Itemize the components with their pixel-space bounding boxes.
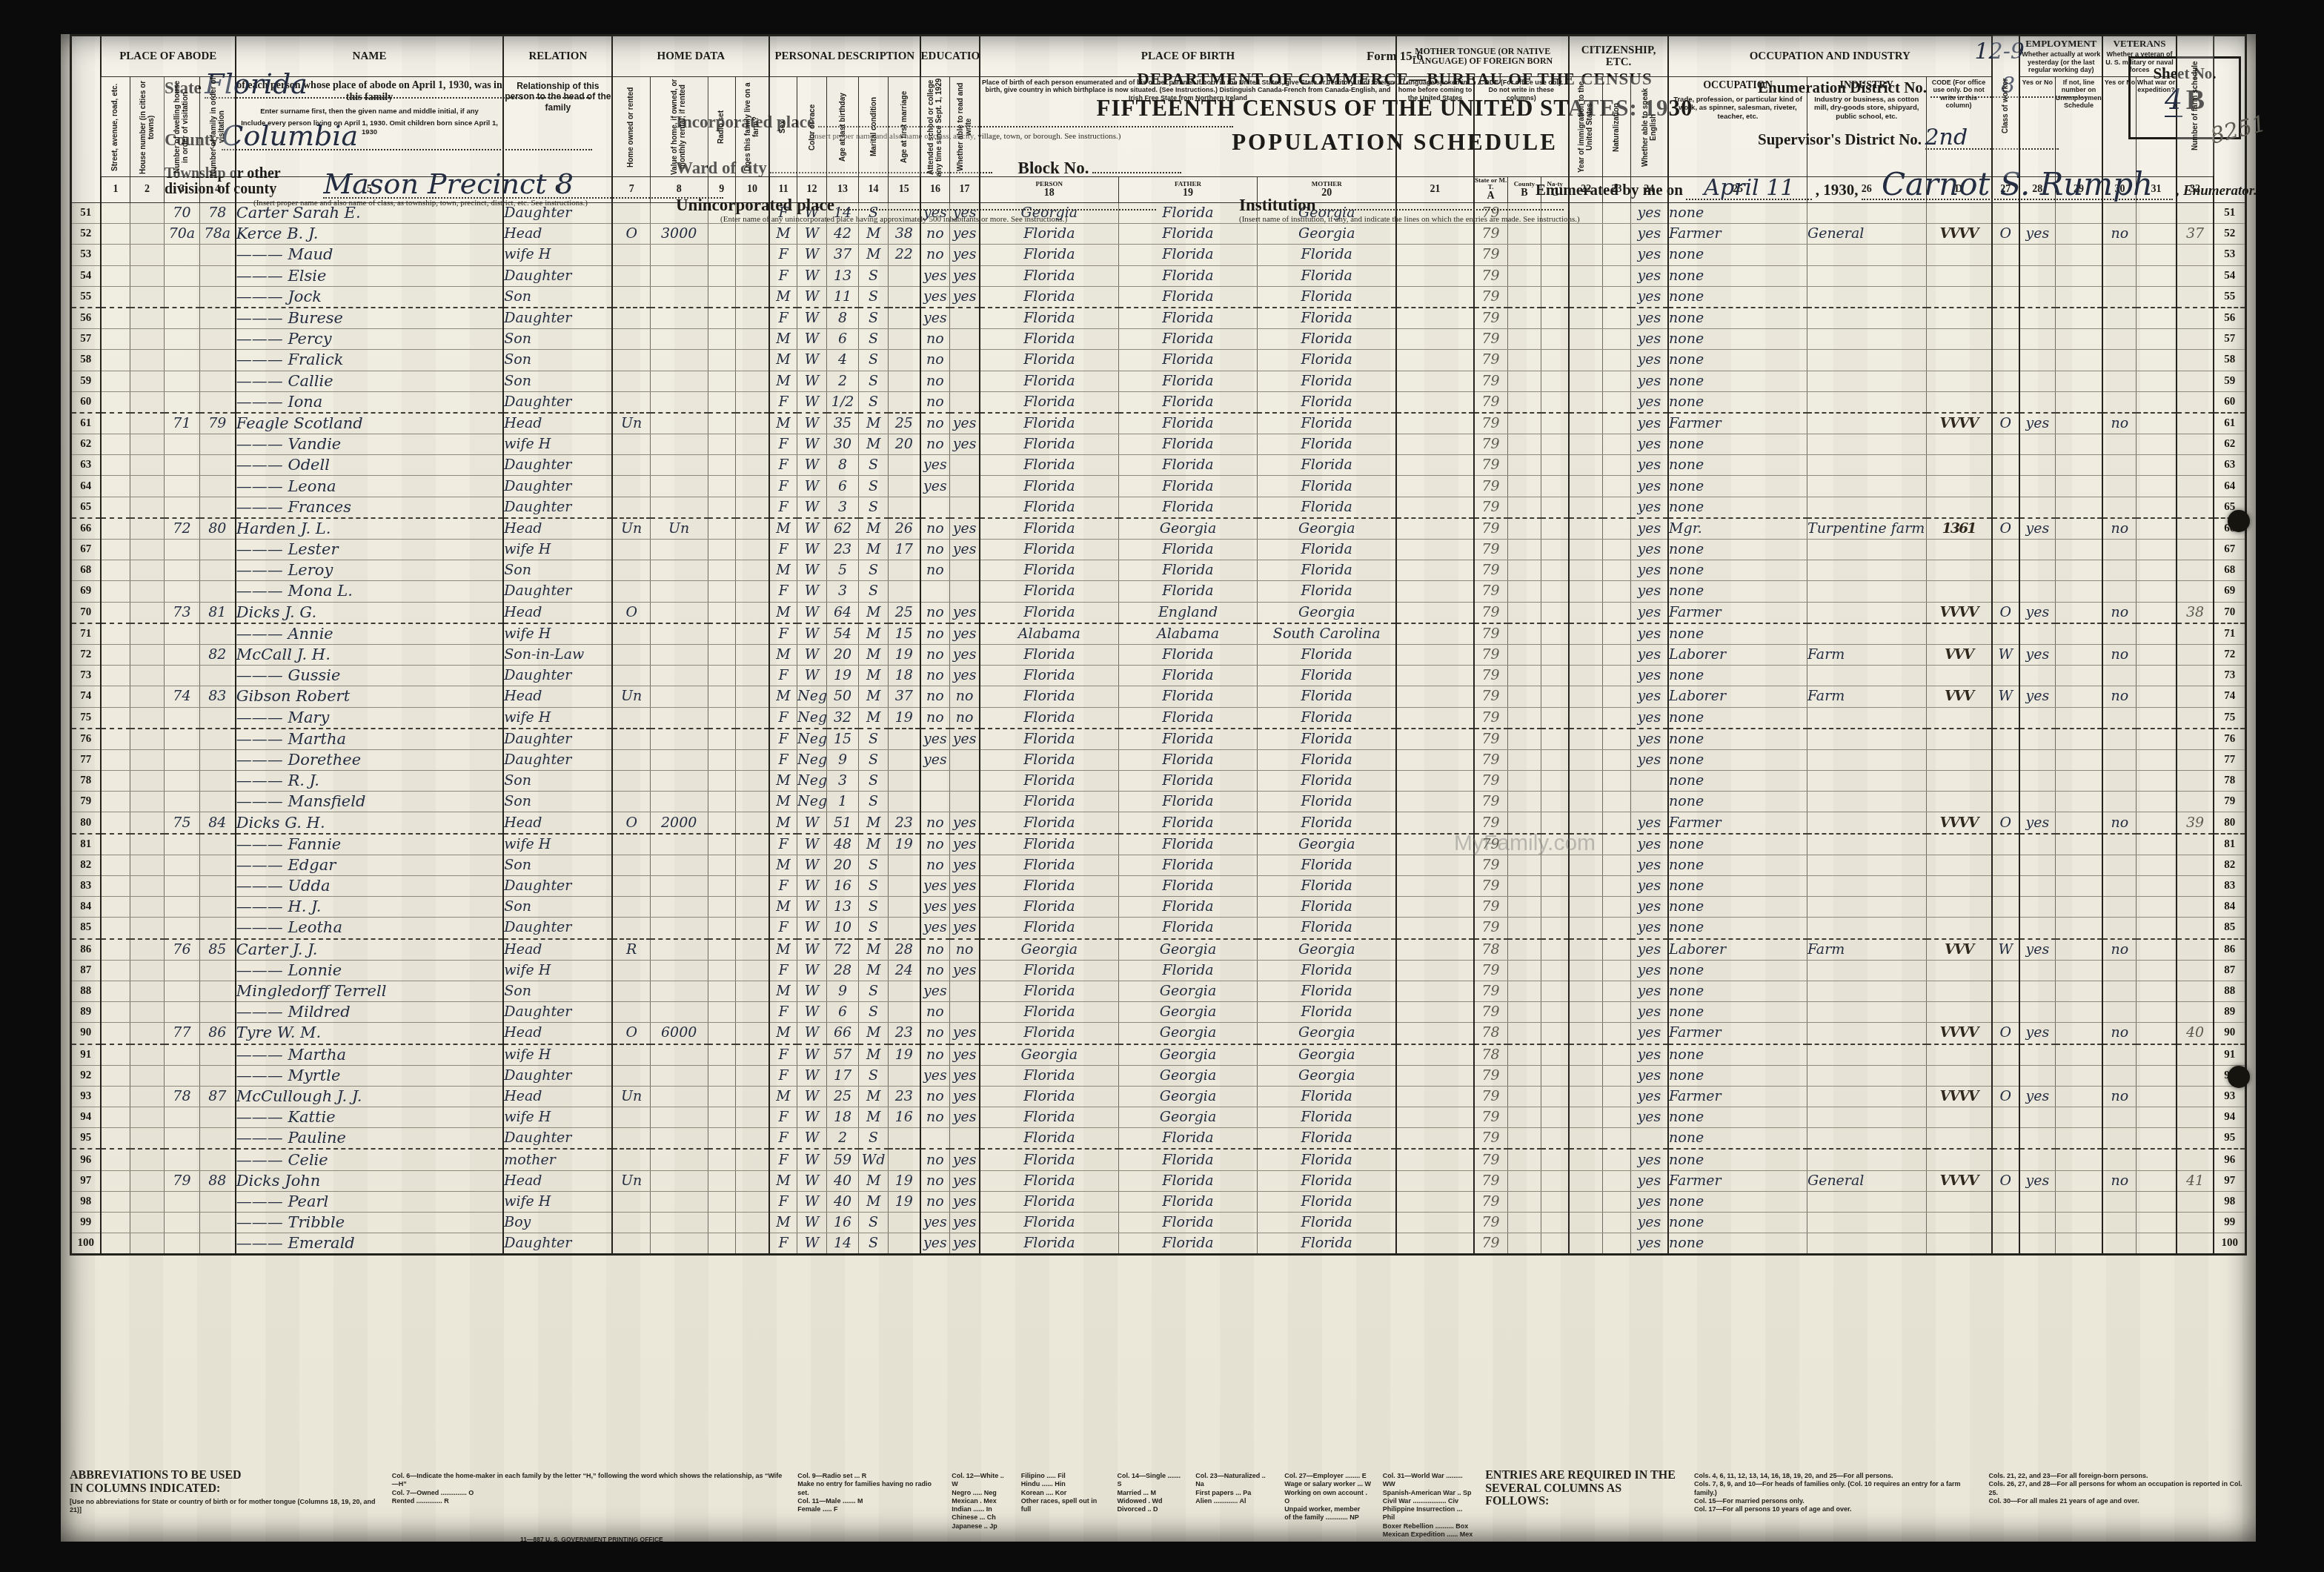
- cell-cB: [1507, 981, 1541, 1001]
- cell-rel: Daughter: [503, 749, 612, 770]
- cell-cC: [1541, 581, 1570, 602]
- cell-bf: Florida: [1118, 1233, 1257, 1255]
- cell-own: [612, 434, 650, 455]
- cell-lnL: 69: [71, 581, 101, 602]
- cell-lnR: 57: [2214, 329, 2245, 350]
- cell-ind: [1807, 434, 1926, 455]
- cell-cls: [1992, 666, 2019, 686]
- cell-street: [101, 623, 130, 645]
- person-row: 60——— IonaDaughterFW1/2SnoFloridaFlorida…: [71, 391, 2246, 413]
- cell-w29: [2055, 812, 2102, 834]
- cell-ind: [1807, 918, 1926, 939]
- cell-lang: [1396, 455, 1473, 476]
- cell-race: W: [797, 497, 827, 518]
- cell-house: [130, 455, 165, 476]
- cell-codeD: VVVV: [1926, 413, 1991, 434]
- enumerator-suffix: , Enumerator.: [2176, 183, 2257, 199]
- cell-cB: [1507, 1002, 1541, 1023]
- cell-w28: [2019, 876, 2055, 897]
- cell-family: [200, 540, 236, 560]
- cell-bp: Florida: [980, 855, 1118, 875]
- cell-ind: [1807, 812, 1926, 834]
- cell-radio: [708, 1044, 735, 1066]
- cell-codeD: [1926, 540, 1991, 560]
- cell-cA: 79: [1474, 455, 1508, 476]
- cell-lnL: 89: [71, 1002, 101, 1023]
- cell-race: Neg: [797, 771, 827, 792]
- cell-occ: none: [1668, 1065, 1807, 1086]
- cell-imm: [1569, 981, 1603, 1001]
- cell-bm: Florida: [1258, 476, 1396, 497]
- cell-v31: [2137, 560, 2177, 581]
- cell-age: 8: [827, 308, 859, 329]
- cell-nat: [1603, 1191, 1630, 1212]
- cell-cls: [1992, 960, 2019, 981]
- cell-occ: Laborer: [1668, 939, 1807, 961]
- cell-cC: [1541, 540, 1570, 560]
- cell-sex: M: [769, 1170, 797, 1191]
- cell-nat: [1603, 666, 1630, 686]
- cell-nat: [1603, 560, 1630, 581]
- cell-bf: Florida: [1118, 897, 1257, 918]
- cell-rel: Daughter: [503, 497, 612, 518]
- cell-farm: [735, 771, 769, 792]
- cell-bm: Florida: [1258, 581, 1396, 602]
- cell-occ: none: [1668, 834, 1807, 855]
- cell-rel: wife H: [503, 960, 612, 981]
- cell-race: W: [797, 308, 827, 329]
- cell-eng: yes: [1630, 834, 1668, 855]
- cell-codeD: [1926, 1002, 1991, 1023]
- cell-sch: yes: [920, 981, 950, 1001]
- cell-mar: S: [859, 749, 889, 770]
- cell-dwell: 79: [164, 1170, 199, 1191]
- cell-occ: Farmer: [1668, 812, 1807, 834]
- cell-cC: [1541, 476, 1570, 497]
- print-code: 11—887 U. S. GOVERNMENT PRINTING OFFICE: [520, 1536, 663, 1543]
- cell-family: 81: [200, 602, 236, 623]
- cell-name: ——— Annie: [236, 623, 503, 645]
- cell-mar: M: [859, 644, 889, 665]
- cell-val: [650, 792, 708, 812]
- cell-w29: [2055, 1191, 2102, 1212]
- cell-w28: [2019, 540, 2055, 560]
- cell-v31: [2137, 749, 2177, 770]
- cell-v31: [2137, 897, 2177, 918]
- cell-cA: 79: [1474, 897, 1508, 918]
- cell-sch: [920, 771, 950, 792]
- cell-sch: no: [920, 371, 950, 391]
- cell-bf: Georgia: [1118, 1023, 1257, 1044]
- cell-cls: [1992, 834, 2019, 855]
- cell-bm: Florida: [1258, 1107, 1396, 1128]
- cell-val: [650, 981, 708, 1001]
- cell-radio: [708, 560, 735, 581]
- cell-sch: no: [920, 413, 950, 434]
- cell-fs: 41: [2177, 1170, 2214, 1191]
- cell-fm: 15: [889, 623, 920, 645]
- cell-v31: [2137, 1086, 2177, 1107]
- cell-imm: [1569, 1065, 1603, 1086]
- cell-v31: [2137, 918, 2177, 939]
- cell-w28: [2019, 329, 2055, 350]
- cell-w29: [2055, 981, 2102, 1001]
- cell-mar: M: [859, 434, 889, 455]
- cell-cC: [1541, 308, 1570, 329]
- cell-farm: [735, 391, 769, 413]
- cell-own: R: [612, 939, 650, 961]
- cell-own: [612, 329, 650, 350]
- cell-family: [200, 581, 236, 602]
- cell-w28: [2019, 1233, 2055, 1255]
- cell-mar: M: [859, 812, 889, 834]
- cell-cB: [1507, 329, 1541, 350]
- cell-dwell: [164, 855, 199, 875]
- cell-v31: [2137, 729, 2177, 750]
- cell-lang: [1396, 644, 1473, 665]
- cell-rw: no: [950, 686, 980, 707]
- cell-bp: Florida: [980, 434, 1118, 455]
- cell-cA: 79: [1474, 771, 1508, 792]
- cell-lang: [1396, 897, 1473, 918]
- cell-family: [200, 960, 236, 981]
- cell-own: [612, 1107, 650, 1128]
- cell-fs: [2177, 792, 2214, 812]
- cell-rel: Son: [503, 371, 612, 391]
- cell-v30: no: [2102, 644, 2137, 665]
- cell-val: [650, 918, 708, 939]
- cell-codeD: VVVV: [1926, 1170, 1991, 1191]
- cell-occ: none: [1668, 350, 1807, 371]
- cell-lnR: 90: [2214, 1023, 2245, 1044]
- cell-cA: 79: [1474, 960, 1508, 981]
- cell-mar: M: [859, 1086, 889, 1107]
- cell-bp: Florida: [980, 581, 1118, 602]
- cell-w29: [2055, 1170, 2102, 1191]
- cell-rw: [950, 581, 980, 602]
- cell-w28: [2019, 918, 2055, 939]
- cell-codeD: VVVV: [1926, 812, 1991, 834]
- cell-cA: 79: [1474, 413, 1508, 434]
- cell-farm: [735, 1023, 769, 1044]
- cell-bm: Florida: [1258, 666, 1396, 686]
- cell-rw: yes: [950, 1170, 980, 1191]
- cell-v30: [2102, 666, 2137, 686]
- footer-note: Cols. 4, 6, 11, 12, 13, 14, 16, 18, 19, …: [1694, 1469, 1978, 1513]
- cell-fs: [2177, 686, 2214, 707]
- cell-name: McCall J. H.: [236, 644, 503, 665]
- cell-bp: Florida: [980, 1086, 1118, 1107]
- cell-bf: Florida: [1118, 329, 1257, 350]
- cell-fs: [2177, 329, 2214, 350]
- cell-house: [130, 749, 165, 770]
- cell-v31: [2137, 602, 2177, 623]
- cell-mar: S: [859, 350, 889, 371]
- cell-fs: [2177, 1213, 2214, 1233]
- institution-line: Institution (Insert name of institution,…: [1239, 191, 1580, 224]
- cell-race: W: [797, 1213, 827, 1233]
- cell-occ: Farmer: [1668, 602, 1807, 623]
- cell-cC: [1541, 876, 1570, 897]
- cell-lang: [1396, 749, 1473, 770]
- cell-rw: [950, 749, 980, 770]
- cell-lang: [1396, 413, 1473, 434]
- cell-w28: [2019, 1213, 2055, 1233]
- cell-fm: [889, 476, 920, 497]
- cell-codeD: [1926, 1213, 1991, 1233]
- cell-fs: [2177, 666, 2214, 686]
- cell-family: [200, 476, 236, 497]
- person-row: 907786Tyre W. M.HeadO6000MW66M23noyesFlo…: [71, 1023, 2246, 1044]
- column-header: Age at first marriage: [889, 77, 920, 177]
- cell-val: [650, 960, 708, 981]
- cell-v30: [2102, 1149, 2137, 1170]
- cell-nat: [1603, 1023, 1630, 1044]
- cell-bp: Florida: [980, 1170, 1118, 1191]
- cell-farm: [735, 855, 769, 875]
- cell-nat: [1603, 623, 1630, 645]
- cell-rel: wife H: [503, 540, 612, 560]
- cell-mar: S: [859, 455, 889, 476]
- cell-lnR: 68: [2214, 560, 2245, 581]
- cell-cC: [1541, 1002, 1570, 1023]
- column-header: Number of farm schedule: [2177, 36, 2214, 177]
- cell-age: 5: [827, 560, 859, 581]
- cell-sex: F: [769, 729, 797, 750]
- cell-bm: Florida: [1258, 329, 1396, 350]
- cell-bf: Georgia: [1118, 1065, 1257, 1086]
- cell-cC: [1541, 644, 1570, 665]
- cell-v31: [2137, 1213, 2177, 1233]
- cell-rel: Head: [503, 686, 612, 707]
- cell-sex: F: [769, 1149, 797, 1170]
- cell-cA: 79: [1474, 371, 1508, 391]
- cell-bp: Florida: [980, 876, 1118, 897]
- cell-bm: Florida: [1258, 560, 1396, 581]
- person-row: 63——— OdellDaughterFW8SyesFloridaFlorida…: [71, 455, 2246, 476]
- cell-v31: [2137, 1065, 2177, 1086]
- cell-lang: [1396, 497, 1473, 518]
- cell-name: ——— Mansfield: [236, 792, 503, 812]
- cell-own: [612, 1233, 650, 1255]
- cell-w28: [2019, 960, 2055, 981]
- cell-imm: [1569, 707, 1603, 729]
- cell-rw: yes: [950, 960, 980, 981]
- cell-rel: Daughter: [503, 666, 612, 686]
- cell-w29: [2055, 1023, 2102, 1044]
- cell-cA: 79: [1474, 602, 1508, 623]
- cell-fs: 40: [2177, 1023, 2214, 1044]
- cell-dwell: [164, 434, 199, 455]
- cell-radio: [708, 960, 735, 981]
- cell-lnR: 83: [2214, 876, 2245, 897]
- cell-fm: [889, 371, 920, 391]
- cell-fs: 39: [2177, 812, 2214, 834]
- cell-lnL: 59: [71, 371, 101, 391]
- cell-w29: [2055, 749, 2102, 770]
- cell-family: [200, 855, 236, 875]
- cell-bp: Florida: [980, 476, 1118, 497]
- cell-own: O: [612, 602, 650, 623]
- cell-rw: yes: [950, 1213, 980, 1233]
- cell-farm: [735, 518, 769, 540]
- cell-nat: [1603, 434, 1630, 455]
- person-row: 78——— R. J.SonMNeg3SFloridaFloridaFlorid…: [71, 771, 2246, 792]
- cell-sex: F: [769, 308, 797, 329]
- cell-ind: [1807, 1128, 1926, 1150]
- cell-fs: [2177, 834, 2214, 855]
- cell-house: [130, 897, 165, 918]
- person-row: 71——— Anniewife HFW54M15noyesAlabamaAlab…: [71, 623, 2246, 645]
- cell-farm: [735, 413, 769, 434]
- cell-street: [101, 581, 130, 602]
- cell-name: Mingledorff Terrell: [236, 981, 503, 1001]
- cell-cls: [1992, 897, 2019, 918]
- cell-occ: none: [1668, 497, 1807, 518]
- cell-rw: yes: [950, 434, 980, 455]
- cell-sex: F: [769, 455, 797, 476]
- cell-nat: [1603, 729, 1630, 750]
- cell-cC: [1541, 434, 1570, 455]
- cell-cA: 79: [1474, 350, 1508, 371]
- cell-fs: [2177, 623, 2214, 645]
- cell-nat: [1603, 497, 1630, 518]
- cell-occ: none: [1668, 897, 1807, 918]
- cell-street: [101, 413, 130, 434]
- cell-occ: none: [1668, 560, 1807, 581]
- cell-occ: none: [1668, 729, 1807, 750]
- footer-note: Col. 23—Naturalized .. Na First papers .…: [1195, 1469, 1274, 1505]
- cell-family: 80: [200, 518, 236, 540]
- cell-bm: Georgia: [1258, 1065, 1396, 1086]
- cell-v30: [2102, 749, 2137, 770]
- cell-cA: 79: [1474, 581, 1508, 602]
- cell-codeD: [1926, 329, 1991, 350]
- cell-street: [101, 497, 130, 518]
- cell-cls: [1992, 497, 2019, 518]
- person-row: 98——— Pearlwife HFW40M19noyesFloridaFlor…: [71, 1191, 2246, 1212]
- cell-rel: wife H: [503, 434, 612, 455]
- cell-codeD: [1926, 455, 1991, 476]
- footer-note: Col. 6—Indicate the home-maker in each f…: [392, 1469, 788, 1505]
- department-line: DEPARTMENT OF COMMERCE—BUREAU OF THE CEN…: [972, 70, 1817, 89]
- cell-mar: M: [859, 1044, 889, 1066]
- cell-sex: M: [769, 329, 797, 350]
- cell-lang: [1396, 876, 1473, 897]
- cell-sex: F: [769, 834, 797, 855]
- cell-imm: [1569, 434, 1603, 455]
- cell-age: 35: [827, 413, 859, 434]
- cell-bm: Florida: [1258, 391, 1396, 413]
- cell-cB: [1507, 749, 1541, 770]
- cell-bm: Georgia: [1258, 1023, 1396, 1044]
- cell-name: ——— Emerald: [236, 1233, 503, 1255]
- cell-name: ——— Myrtle: [236, 1065, 503, 1086]
- cell-lang: [1396, 350, 1473, 371]
- cell-fm: 24: [889, 960, 920, 981]
- cell-eng: yes: [1630, 686, 1668, 707]
- cell-v31: [2137, 707, 2177, 729]
- cell-codeD: [1926, 1044, 1991, 1066]
- cell-lang: [1396, 1170, 1473, 1191]
- cell-rw: [950, 371, 980, 391]
- cell-dwell: [164, 476, 199, 497]
- cell-v30: [2102, 960, 2137, 981]
- cell-sch: no: [920, 855, 950, 875]
- cell-house: [130, 1213, 165, 1233]
- cell-bm: Florida: [1258, 455, 1396, 476]
- cell-bm: Florida: [1258, 1128, 1396, 1150]
- cell-val: [650, 876, 708, 897]
- cell-farm: [735, 560, 769, 581]
- cell-mar: S: [859, 560, 889, 581]
- cell-street: [101, 1107, 130, 1128]
- cell-cB: [1507, 897, 1541, 918]
- cell-cls: [1992, 707, 2019, 729]
- cell-bp: Florida: [980, 329, 1118, 350]
- cell-codeD: [1926, 497, 1991, 518]
- cell-rw: [950, 455, 980, 476]
- cell-sex: F: [769, 1191, 797, 1212]
- form-header: Form 15-6 DEPARTMENT OF COMMERCE—BUREAU …: [61, 34, 2256, 298]
- cell-lnR: 67: [2214, 540, 2245, 560]
- cell-nat: [1603, 1002, 1630, 1023]
- cell-w28: [2019, 497, 2055, 518]
- cell-age: 54: [827, 623, 859, 645]
- institution-note: (Insert name of institution, if any, and…: [1239, 215, 1580, 224]
- cell-ind: [1807, 834, 1926, 855]
- cell-family: [200, 329, 236, 350]
- cell-radio: [708, 981, 735, 1001]
- cell-w29: [2055, 707, 2102, 729]
- cell-cls: W: [1992, 644, 2019, 665]
- cell-age: 40: [827, 1170, 859, 1191]
- cell-v31: [2137, 812, 2177, 834]
- cell-mar: S: [859, 308, 889, 329]
- unincorporated-note: (Enter name of any unincorporated place …: [720, 215, 1156, 224]
- cell-sex: F: [769, 540, 797, 560]
- cell-age: 50: [827, 686, 859, 707]
- cell-occ: Mgr.: [1668, 518, 1807, 540]
- cell-radio: [708, 749, 735, 770]
- cell-dwell: [164, 897, 199, 918]
- form-number: Form 15-6: [972, 49, 1817, 64]
- cell-bm: Florida: [1258, 1086, 1396, 1107]
- cell-val: [650, 644, 708, 665]
- cell-radio: [708, 581, 735, 602]
- cell-nat: [1603, 686, 1630, 707]
- cell-cls: [1992, 455, 2019, 476]
- cell-val: [650, 602, 708, 623]
- cell-own: [612, 707, 650, 729]
- cell-w29: [2055, 413, 2102, 434]
- cell-fm: 26: [889, 518, 920, 540]
- block-label: Block No.: [1018, 159, 1089, 177]
- column-header: Whether able to read and write: [950, 77, 980, 177]
- cell-imm: [1569, 602, 1603, 623]
- cell-bp: Florida: [980, 518, 1118, 540]
- cell-house: [130, 329, 165, 350]
- cell-house: [130, 855, 165, 875]
- cell-family: [200, 434, 236, 455]
- cell-radio: [708, 308, 735, 329]
- cell-sex: F: [769, 876, 797, 897]
- cell-lang: [1396, 602, 1473, 623]
- cell-race: W: [797, 391, 827, 413]
- cell-v30: [2102, 855, 2137, 875]
- cell-race: Neg: [797, 792, 827, 812]
- cell-family: [200, 1233, 236, 1255]
